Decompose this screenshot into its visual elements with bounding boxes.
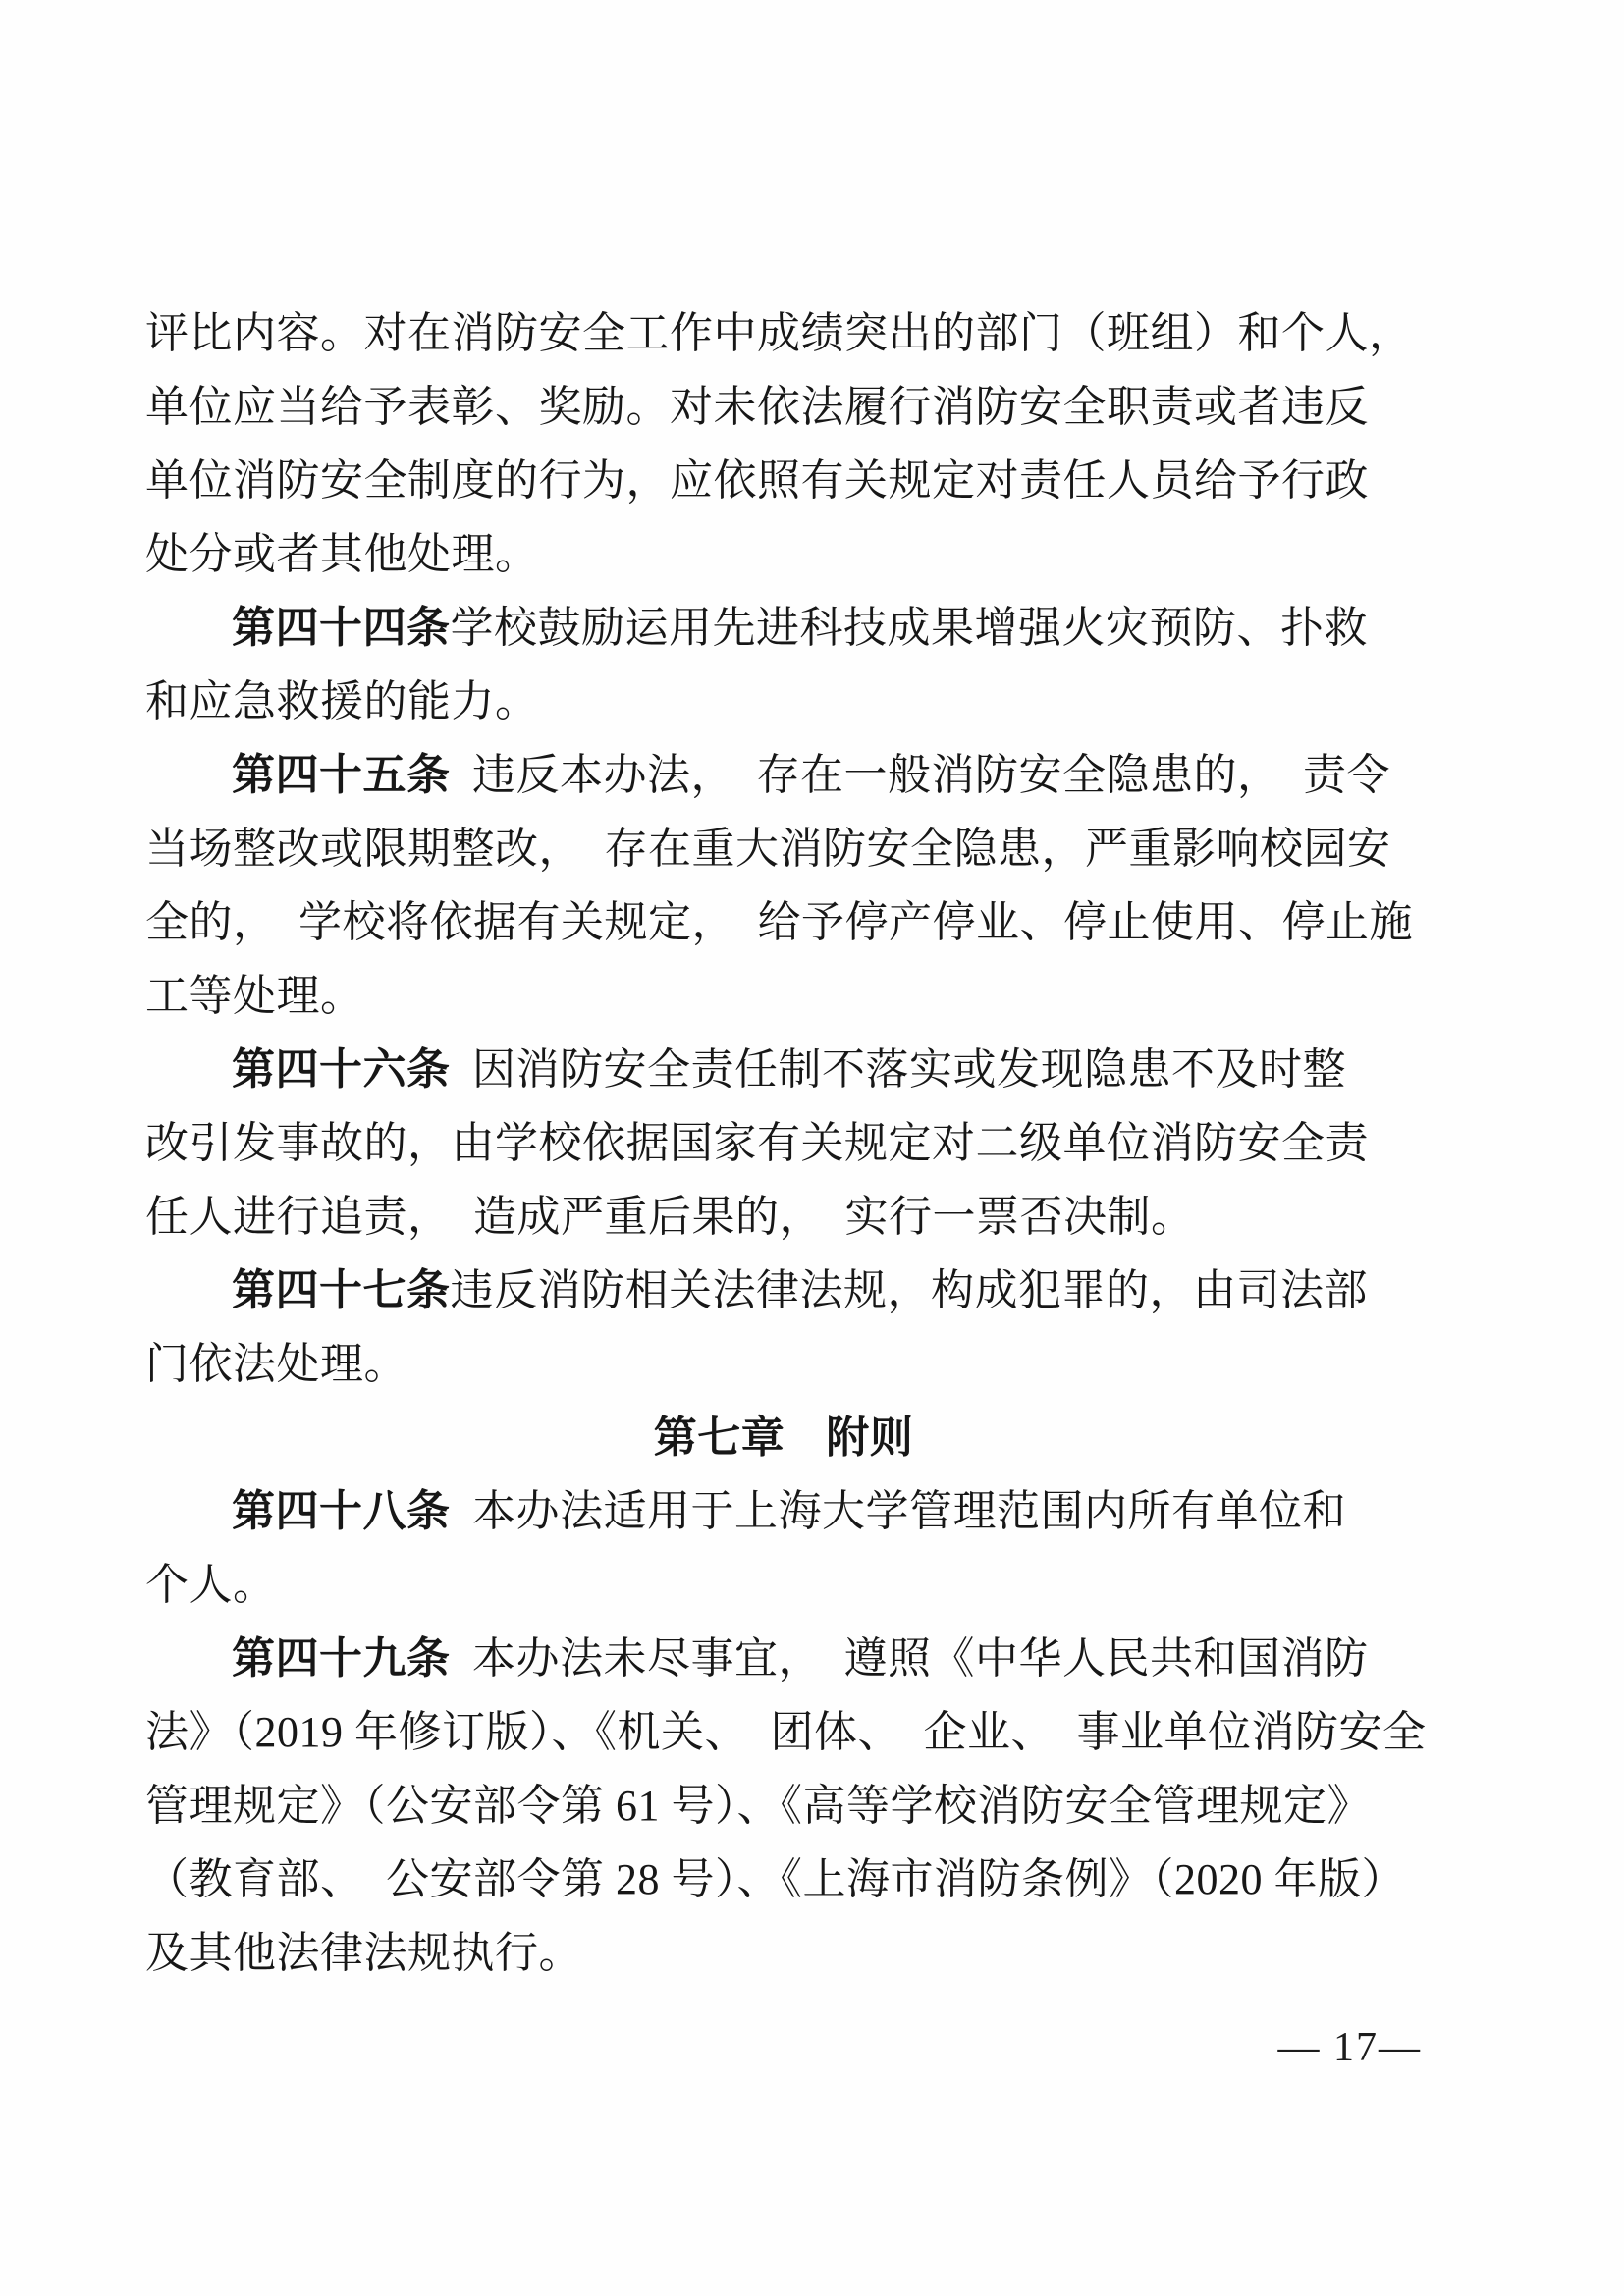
paragraph-line: 门依法处理。 — [145, 1327, 1422, 1401]
document-page: 评比内容。对在消防安全工作中成绩突出的部门（班组）和个人， 单位应当给予表彰、奖… — [0, 0, 1624, 2296]
page-number: — 17— — [1278, 2024, 1423, 2071]
paragraph-line: 第四十六条 因消防安全责任制不落实或发现隐患不及时整 — [145, 1033, 1422, 1106]
line-text: 违反本办法， 存在一般消防安全隐患的， 责令 — [451, 751, 1391, 799]
paragraph-line: 个人。 — [145, 1548, 1422, 1622]
article-number-label: 第四十八条 — [232, 1487, 451, 1535]
paragraph-line: 单位消防安全制度的行为，应依照有关规定对责任人员给予行政 — [145, 444, 1422, 517]
line-text: 违反消防相关法律法规，构成犯罪的，由司法部 — [451, 1266, 1369, 1314]
line-text: 因消防安全责任制不落实或发现隐患不及时整 — [451, 1045, 1347, 1094]
paragraph-line: 评比内容。对在消防安全工作中成绩突出的部门（班组）和个人， — [145, 296, 1422, 370]
chapter-title: 附则 — [826, 1414, 913, 1462]
chapter-heading: 第七章附则 — [145, 1401, 1422, 1474]
paragraph-line: 和应急救援的能力。 — [145, 665, 1422, 738]
paragraph-line: 任人进行追责， 造成严重后果的， 实行一票否决制。 — [145, 1180, 1422, 1254]
paragraph-line: 工等处理。 — [145, 959, 1422, 1033]
chapter-number: 第七章 — [654, 1414, 785, 1462]
paragraph-line: 处分或者其他处理。 — [145, 517, 1422, 591]
paragraph-line: 全的， 学校将依据有关规定， 给予停产停业、停止使用、停止施 — [145, 885, 1422, 959]
paragraph-line: 当场整改或限期整改， 存在重大消防安全隐患，严重影响校园安 — [145, 812, 1422, 885]
article-number-label: 第四十六条 — [232, 1045, 451, 1094]
paragraph-line: 第四十七条违反消防相关法律法规，构成犯罪的，由司法部 — [145, 1254, 1422, 1327]
paragraph-line: 单位应当给予表彰、奖励。对未依法履行消防安全职责或者违反 — [145, 370, 1422, 444]
paragraph-line: 管理规定》（公安部令第 61 号）、《高等学校消防安全管理规定》 — [145, 1769, 1422, 1842]
line-text: 本办法未尽事宜， 遵照《中华人民共和国消防 — [451, 1634, 1369, 1682]
paragraph-line: 改引发事故的，由学校依据国家有关规定对二级单位消防安全责 — [145, 1106, 1422, 1180]
paragraph-line: 第四十八条 本办法适用于上海大学管理范围内所有单位和 — [145, 1474, 1422, 1548]
article-number-label: 第四十五条 — [232, 751, 451, 799]
paragraph-line: 第四十九条 本办法未尽事宜， 遵照《中华人民共和国消防 — [145, 1622, 1422, 1695]
paragraph-line: 第四十四条学校鼓励运用先进科技成果增强火灾预防、扑救 — [145, 591, 1422, 665]
article-number-label: 第四十四条 — [232, 604, 451, 652]
article-number-label: 第四十七条 — [232, 1266, 451, 1314]
document-body: 评比内容。对在消防安全工作中成绩突出的部门（班组）和个人， 单位应当给予表彰、奖… — [145, 296, 1422, 1990]
paragraph-line: 及其他法律法规执行。 — [145, 1916, 1422, 1990]
paragraph-line: （教育部、 公安部令第 28 号）、《上海市消防条例》（2020 年版） — [145, 1842, 1422, 1916]
paragraph-line: 第四十五条 违反本办法， 存在一般消防安全隐患的， 责令 — [145, 738, 1422, 812]
paragraph-line: 法》（2019 年修订版）、《机关、 团体、 企业、 事业单位消防安全 — [145, 1695, 1422, 1769]
line-text: 本办法适用于上海大学管理范围内所有单位和 — [451, 1487, 1347, 1535]
line-text: 学校鼓励运用先进科技成果增强火灾预防、扑救 — [451, 604, 1369, 652]
article-number-label: 第四十九条 — [232, 1634, 451, 1682]
